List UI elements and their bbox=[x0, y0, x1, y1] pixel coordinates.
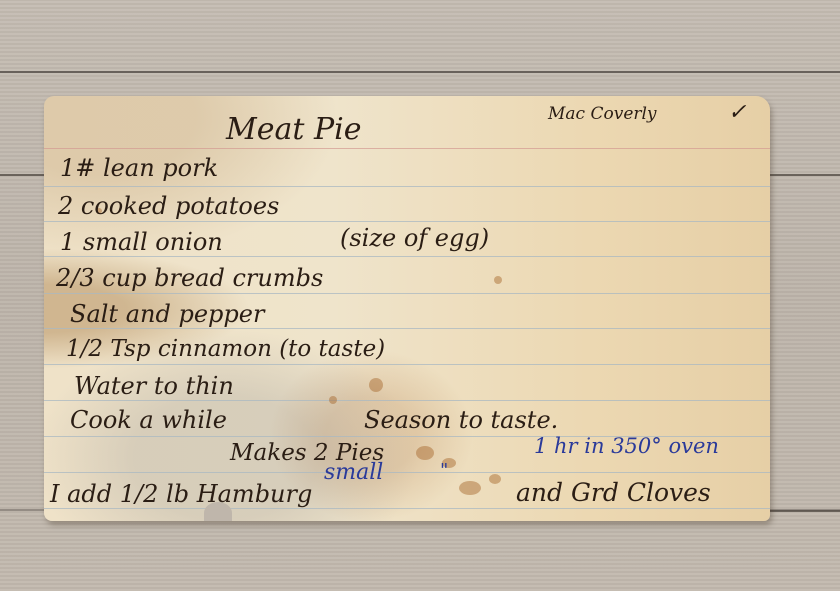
stain bbox=[329, 396, 337, 404]
card-rule bbox=[44, 400, 770, 401]
card-rule bbox=[44, 508, 770, 509]
small-insert-note: small bbox=[324, 460, 383, 485]
card-rule-red bbox=[44, 148, 770, 149]
addition-cloves: and Grd Cloves bbox=[516, 478, 711, 507]
recipe-title: Meat Pie bbox=[226, 112, 361, 147]
card-rule bbox=[44, 364, 770, 365]
card-rule bbox=[44, 328, 770, 329]
addition-note: I add 1/2 lb Hamburg bbox=[50, 480, 312, 508]
stain bbox=[459, 481, 481, 495]
card-rule bbox=[44, 293, 770, 294]
ingredient-line: Salt and pepper bbox=[70, 300, 264, 328]
board-seam bbox=[770, 510, 840, 512]
ingredient-line: Water to thin bbox=[74, 372, 234, 400]
card-rule bbox=[44, 186, 770, 187]
board-seam bbox=[768, 174, 840, 176]
size-note: (size of egg) bbox=[340, 224, 489, 252]
ditto-mark: " bbox=[440, 460, 448, 481]
stain bbox=[494, 276, 502, 284]
board-seam bbox=[0, 71, 840, 73]
ingredient-line: 2/3 cup bread crumbs bbox=[56, 264, 323, 292]
card-rule bbox=[44, 472, 770, 473]
card-rule bbox=[44, 256, 770, 257]
ingredient-line: 2 cooked potatoes bbox=[58, 192, 279, 220]
ingredient-line: 1# lean pork bbox=[60, 154, 218, 182]
ingredient-line: 1 small onion bbox=[60, 228, 223, 256]
author-note: Mac Coverly bbox=[548, 104, 657, 124]
board-seam bbox=[0, 174, 50, 176]
stain bbox=[489, 474, 501, 484]
checkmark-icon: ✓ bbox=[728, 100, 746, 125]
instruction-cook: Cook a while bbox=[70, 406, 227, 434]
stain bbox=[369, 378, 383, 392]
card-rule bbox=[44, 221, 770, 222]
recipe-card: Meat Pie Mac Coverly ✓ 1# lean pork 2 co… bbox=[44, 96, 770, 521]
instruction-season: Season to taste. bbox=[364, 406, 558, 434]
oven-note: 1 hr in 350° oven bbox=[534, 434, 719, 458]
stain bbox=[416, 446, 434, 460]
ingredient-line: 1/2 Tsp cinnamon (to taste) bbox=[66, 336, 385, 362]
